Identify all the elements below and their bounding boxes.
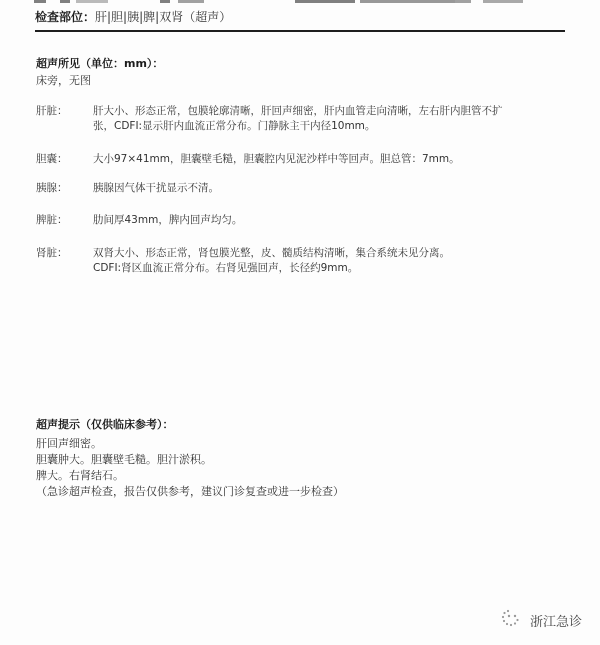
watermark: 浙江急诊 (500, 608, 582, 632)
exam-site-value: 肝|胆|胰|脾|双肾（超声） (95, 10, 231, 24)
organ-description: 胰腺因气体干扰显示不清。 (93, 181, 513, 196)
impression-line: （急诊超声检查，报告仅供参考，建议门诊复查或进一步检查） (36, 484, 344, 500)
description-line: CDFI:肾区血流正常分布。右肾见强回声，长径约9mm。 (93, 261, 513, 276)
clipped-text-fragment (483, 0, 523, 3)
ultrasound-report-page: 检查部位：肝|胆|胰|脾|双肾（超声） 超声所见（单位：mm）： 床旁，无图 肝… (0, 0, 600, 645)
clipped-header-row (0, 0, 600, 5)
description-line: 大小97×41mm，胆囊壁毛糙，胆囊腔内见泥沙样中等回声。胆总管：7mm。 (93, 152, 513, 167)
impression-line: 脾大。右肾结石。 (36, 468, 344, 484)
clipped-text-fragment (160, 0, 170, 3)
header-divider (35, 30, 565, 32)
organ-label: 脾脏： (36, 213, 68, 228)
clipped-text-fragment (60, 0, 70, 3)
organ-label: 肾脏： (36, 246, 68, 261)
finding-kidney: 肾脏： 双肾大小、形态正常，肾包膜光整，皮、髓质结构清晰，集合系统未见分离。 C… (36, 246, 556, 278)
finding-liver: 肝脏： 肝大小、形态正常，包膜轮廓清晰，肝回声细密，肝内血管走向清晰，左右肝内胆… (36, 104, 556, 136)
clipped-text-fragment (455, 0, 471, 3)
description-line: 张，CDFI:显示肝内血流正常分布。门静脉主干内径10mm。 (93, 119, 513, 134)
clipped-text-fragment (34, 0, 46, 3)
organ-label: 胆囊： (36, 152, 68, 167)
clipped-text-fragment (360, 0, 455, 3)
clipped-text-fragment (76, 0, 108, 3)
finding-pancreas: 胰腺： 胰腺因气体干扰显示不清。 (36, 181, 556, 197)
exam-site-line: 检查部位：肝|胆|胰|脾|双肾（超声） (35, 9, 231, 25)
exam-site-label: 检查部位： (35, 10, 95, 24)
position-note: 床旁，无图 (36, 72, 91, 88)
impression-list: 肝回声细密。 胆囊肿大。胆囊壁毛糙。胆汁淤积。 脾大。右肾结石。 （急诊超声检查… (36, 436, 344, 500)
finding-spleen: 脾脏： 肋间厚43mm，脾内回声均匀。 (36, 213, 556, 229)
clipped-text-fragment (178, 0, 204, 3)
finding-gallbladder: 胆囊： 大小97×41mm，胆囊壁毛糙，胆囊腔内见泥沙样中等回声。胆总管：7mm… (36, 152, 556, 168)
description-line: 肋间厚43mm，脾内回声均匀。 (93, 213, 513, 228)
organ-description: 肋间厚43mm，脾内回声均匀。 (93, 213, 513, 228)
impression-line: 肝回声细密。 (36, 436, 344, 452)
watermark-text: 浙江急诊 (530, 611, 582, 630)
organ-description: 双肾大小、形态正常，肾包膜光整，皮、髓质结构清晰，集合系统未见分离。 CDFI:… (93, 246, 513, 276)
organ-description: 肝大小、形态正常，包膜轮廓清晰，肝回声细密，肝内血管走向清晰，左右肝内胆管不扩 … (93, 104, 513, 134)
impression-line: 胆囊肿大。胆囊壁毛糙。胆汁淤积。 (36, 452, 344, 468)
description-line: 双肾大小、形态正常，肾包膜光整，皮、髓质结构清晰，集合系统未见分离。 (93, 246, 513, 261)
clipped-text-fragment (295, 0, 355, 3)
description-line: 肝大小、形态正常，包膜轮廓清晰，肝回声细密，肝内血管走向清晰，左右肝内胆管不扩 (93, 104, 513, 119)
findings-title: 超声所见（单位：mm）： (36, 55, 163, 71)
organ-description: 大小97×41mm，胆囊壁毛糙，胆囊腔内见泥沙样中等回声。胆总管：7mm。 (93, 152, 513, 167)
organ-label: 肝脏： (36, 104, 68, 119)
impression-title: 超声提示（仅供临床参考）： (36, 416, 174, 432)
description-line: 胰腺因气体干扰显示不清。 (93, 181, 513, 196)
organ-label: 胰腺： (36, 181, 68, 196)
wechat-icon (500, 608, 522, 632)
